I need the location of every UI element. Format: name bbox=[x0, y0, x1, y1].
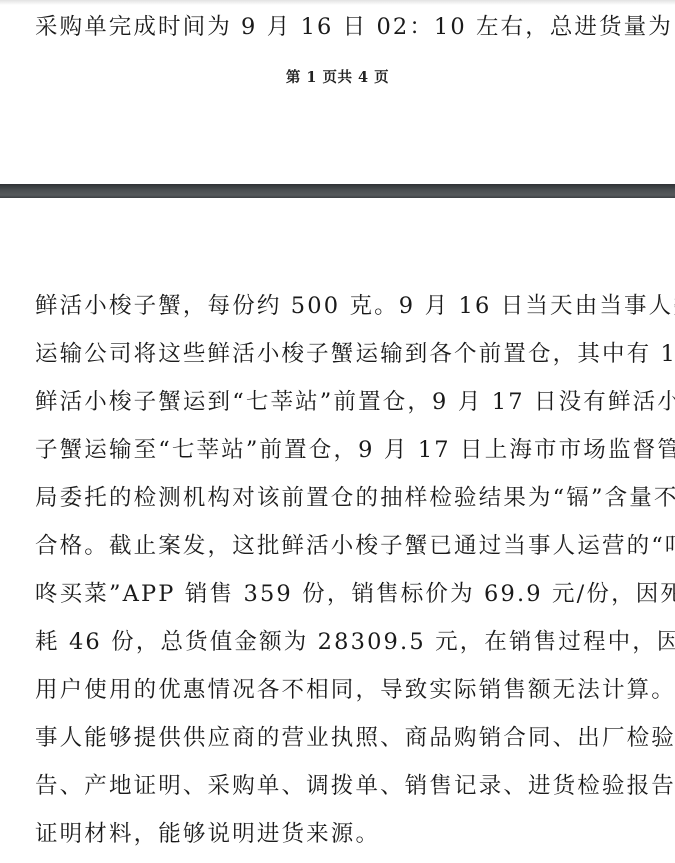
text-line: 咚买菜”APP 销售 359 份，销售标价为 69.9 元/份，因死亡等损 bbox=[35, 579, 675, 609]
page-break-separator bbox=[0, 184, 675, 198]
document-page-1: 采购单完成时间为 9 月 16 日 02：10 左右，总进货量为 405 份 第… bbox=[0, 0, 675, 184]
text-line-last-of-page-1: 采购单完成时间为 9 月 16 日 02：10 左右，总进货量为 405 份 bbox=[35, 12, 675, 42]
text-line: 运输公司将这些鲜活小梭子蟹运输到各个前置仓，其中有 15 份 bbox=[35, 339, 675, 369]
text-line: 事人能够提供供应商的营业执照、商品购销合同、出厂检验报 bbox=[35, 723, 675, 753]
text-line: 告、产地证明、采购单、调拨单、销售记录、进货检验报告等 bbox=[35, 771, 675, 801]
page-footer: 第 1 页共 4 页 bbox=[0, 66, 675, 87]
text-line: 鲜活小梭子蟹运到“七莘站”前置仓，9 月 17 日没有鲜活小梭 bbox=[35, 387, 675, 417]
text-line: 耗 46 份，总货值金额为 28309.5 元，在销售过程中，因为每个 bbox=[35, 627, 675, 657]
text-line: 局委托的检测机构对该前置仓的抽样检验结果为“镉”含量不 bbox=[35, 483, 675, 513]
text-line: 证明材料，能够说明进货来源。 bbox=[35, 819, 380, 849]
text-line: 用户使用的优惠情况各不相同，导致实际销售额无法计算。当 bbox=[35, 675, 675, 705]
text-line: 鲜活小梭子蟹，每份约 500 克。9 月 16 日当天由当事人委托的 bbox=[35, 291, 675, 321]
text-line: 子蟹运输至“七莘站”前置仓，9 月 17 日上海市市场监督管理 bbox=[35, 435, 675, 465]
text-line: 合格。截止案发，这批鲜活小梭子蟹已通过当事人运营的“叮 bbox=[35, 531, 675, 561]
page-top-shadow bbox=[0, 0, 675, 5]
document-page-2: 鲜活小梭子蟹，每份约 500 克。9 月 16 日当天由当事人委托的 运输公司将… bbox=[0, 198, 675, 863]
